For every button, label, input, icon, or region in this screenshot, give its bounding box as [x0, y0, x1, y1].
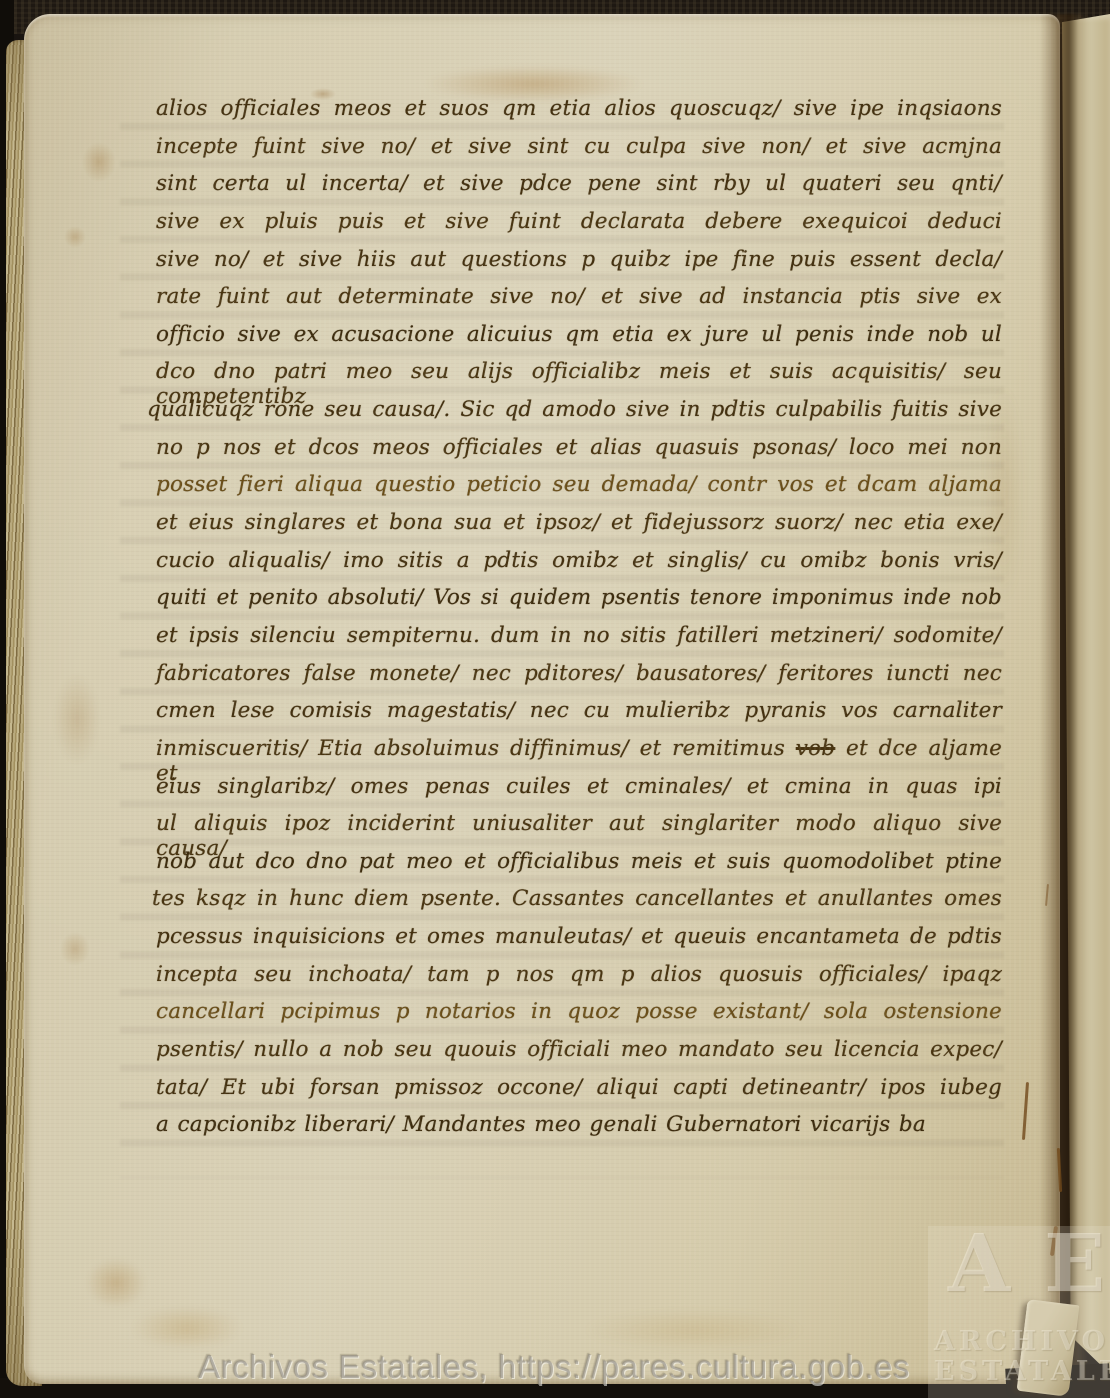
stain — [132, 1306, 242, 1350]
manuscript-line: cmen lese comisis magestatis/ nec cu mul… — [156, 698, 1002, 736]
manuscript-line: nob aut dco dno pat meo et officialibus … — [156, 849, 1002, 887]
stain — [54, 674, 100, 764]
manuscript-line: alios officiales meos et suos qm etia al… — [156, 96, 1002, 134]
manuscript-line: no p nos et dcos meos officiales et alia… — [156, 435, 1002, 473]
stain — [60, 932, 90, 966]
manuscript-line: eius singlaribz/ omes penas cuiles et cm… — [156, 774, 1002, 812]
manuscript-line: incepte fuint sive no/ et sive sint cu c… — [156, 134, 1002, 172]
manuscript-line: cucio aliqualis/ imo sitis a pdtis omibz… — [156, 548, 1002, 586]
manuscript-line: rate fuint aut determinate sive no/ et s… — [156, 284, 1002, 322]
manuscript-line: posset fieri aliqua questio peticio seu … — [156, 472, 1002, 510]
manuscript-line: quiti et penito absoluti/ Vos si quidem … — [156, 585, 1002, 623]
manuscript-line: incepta seu inchoata/ tam p nos qm p ali… — [156, 962, 1002, 1000]
manuscript-line: a capcionibz liberari/ Mandantes meo gen… — [156, 1112, 1002, 1150]
manuscript-line: et ipsis silenciu sempiternu. dum in no … — [156, 623, 1002, 661]
manuscript-text: alios officiales meos et suos qm etia al… — [156, 96, 1002, 1150]
manuscript-line: tes ksqz in hunc diem psente. Cassantes … — [152, 886, 1002, 924]
manuscript-line: psentis/ nullo a nob seu quouis official… — [156, 1037, 1002, 1075]
manuscript-line: pcessus inquisicions et omes manuleutas/… — [156, 924, 1002, 962]
manuscript-line: inmiscueritis/ Etia absoluimus diffinimu… — [156, 736, 1002, 774]
next-folio-edge — [1062, 14, 1110, 1374]
manuscript-line: sint certa ul incerta/ et sive pdce pene… — [156, 171, 1002, 209]
manuscript-line: officio sive ex acusacione alicuius qm e… — [156, 322, 1002, 360]
manuscript-line: dco dno patri meo seu alijs officialibz … — [156, 359, 1002, 397]
manuscript-line: ul aliquis ipoz inciderint uniusaliter a… — [156, 811, 1002, 849]
stain — [82, 142, 116, 182]
folded-page-corner — [1017, 1299, 1080, 1397]
manuscript-photo: alios officiales meos et suos qm etia al… — [0, 0, 1110, 1398]
manuscript-line: fabricatores false monete/ nec pditores/… — [156, 661, 1002, 699]
manuscript-page: alios officiales meos et suos qm etia al… — [24, 14, 1060, 1384]
manuscript-line: sive no/ et sive hiis aut questions p qu… — [156, 247, 1002, 285]
manuscript-line: cancellari pcipimus p notarios in quoz p… — [156, 999, 1002, 1037]
manuscript-line: sive ex pluis puis et sive fuint declara… — [156, 209, 1002, 247]
manuscript-line: qualicuqz rone seu causa/. Sic qd amodo … — [147, 397, 1002, 435]
stain — [86, 1258, 146, 1308]
manuscript-line: et eius singlares et bona sua et ipsoz/ … — [156, 510, 1002, 548]
stain — [584, 1310, 804, 1350]
manuscript-line: tata/ Et ubi forsan pmissoz occone/ aliq… — [156, 1075, 1002, 1113]
stain — [64, 226, 86, 248]
